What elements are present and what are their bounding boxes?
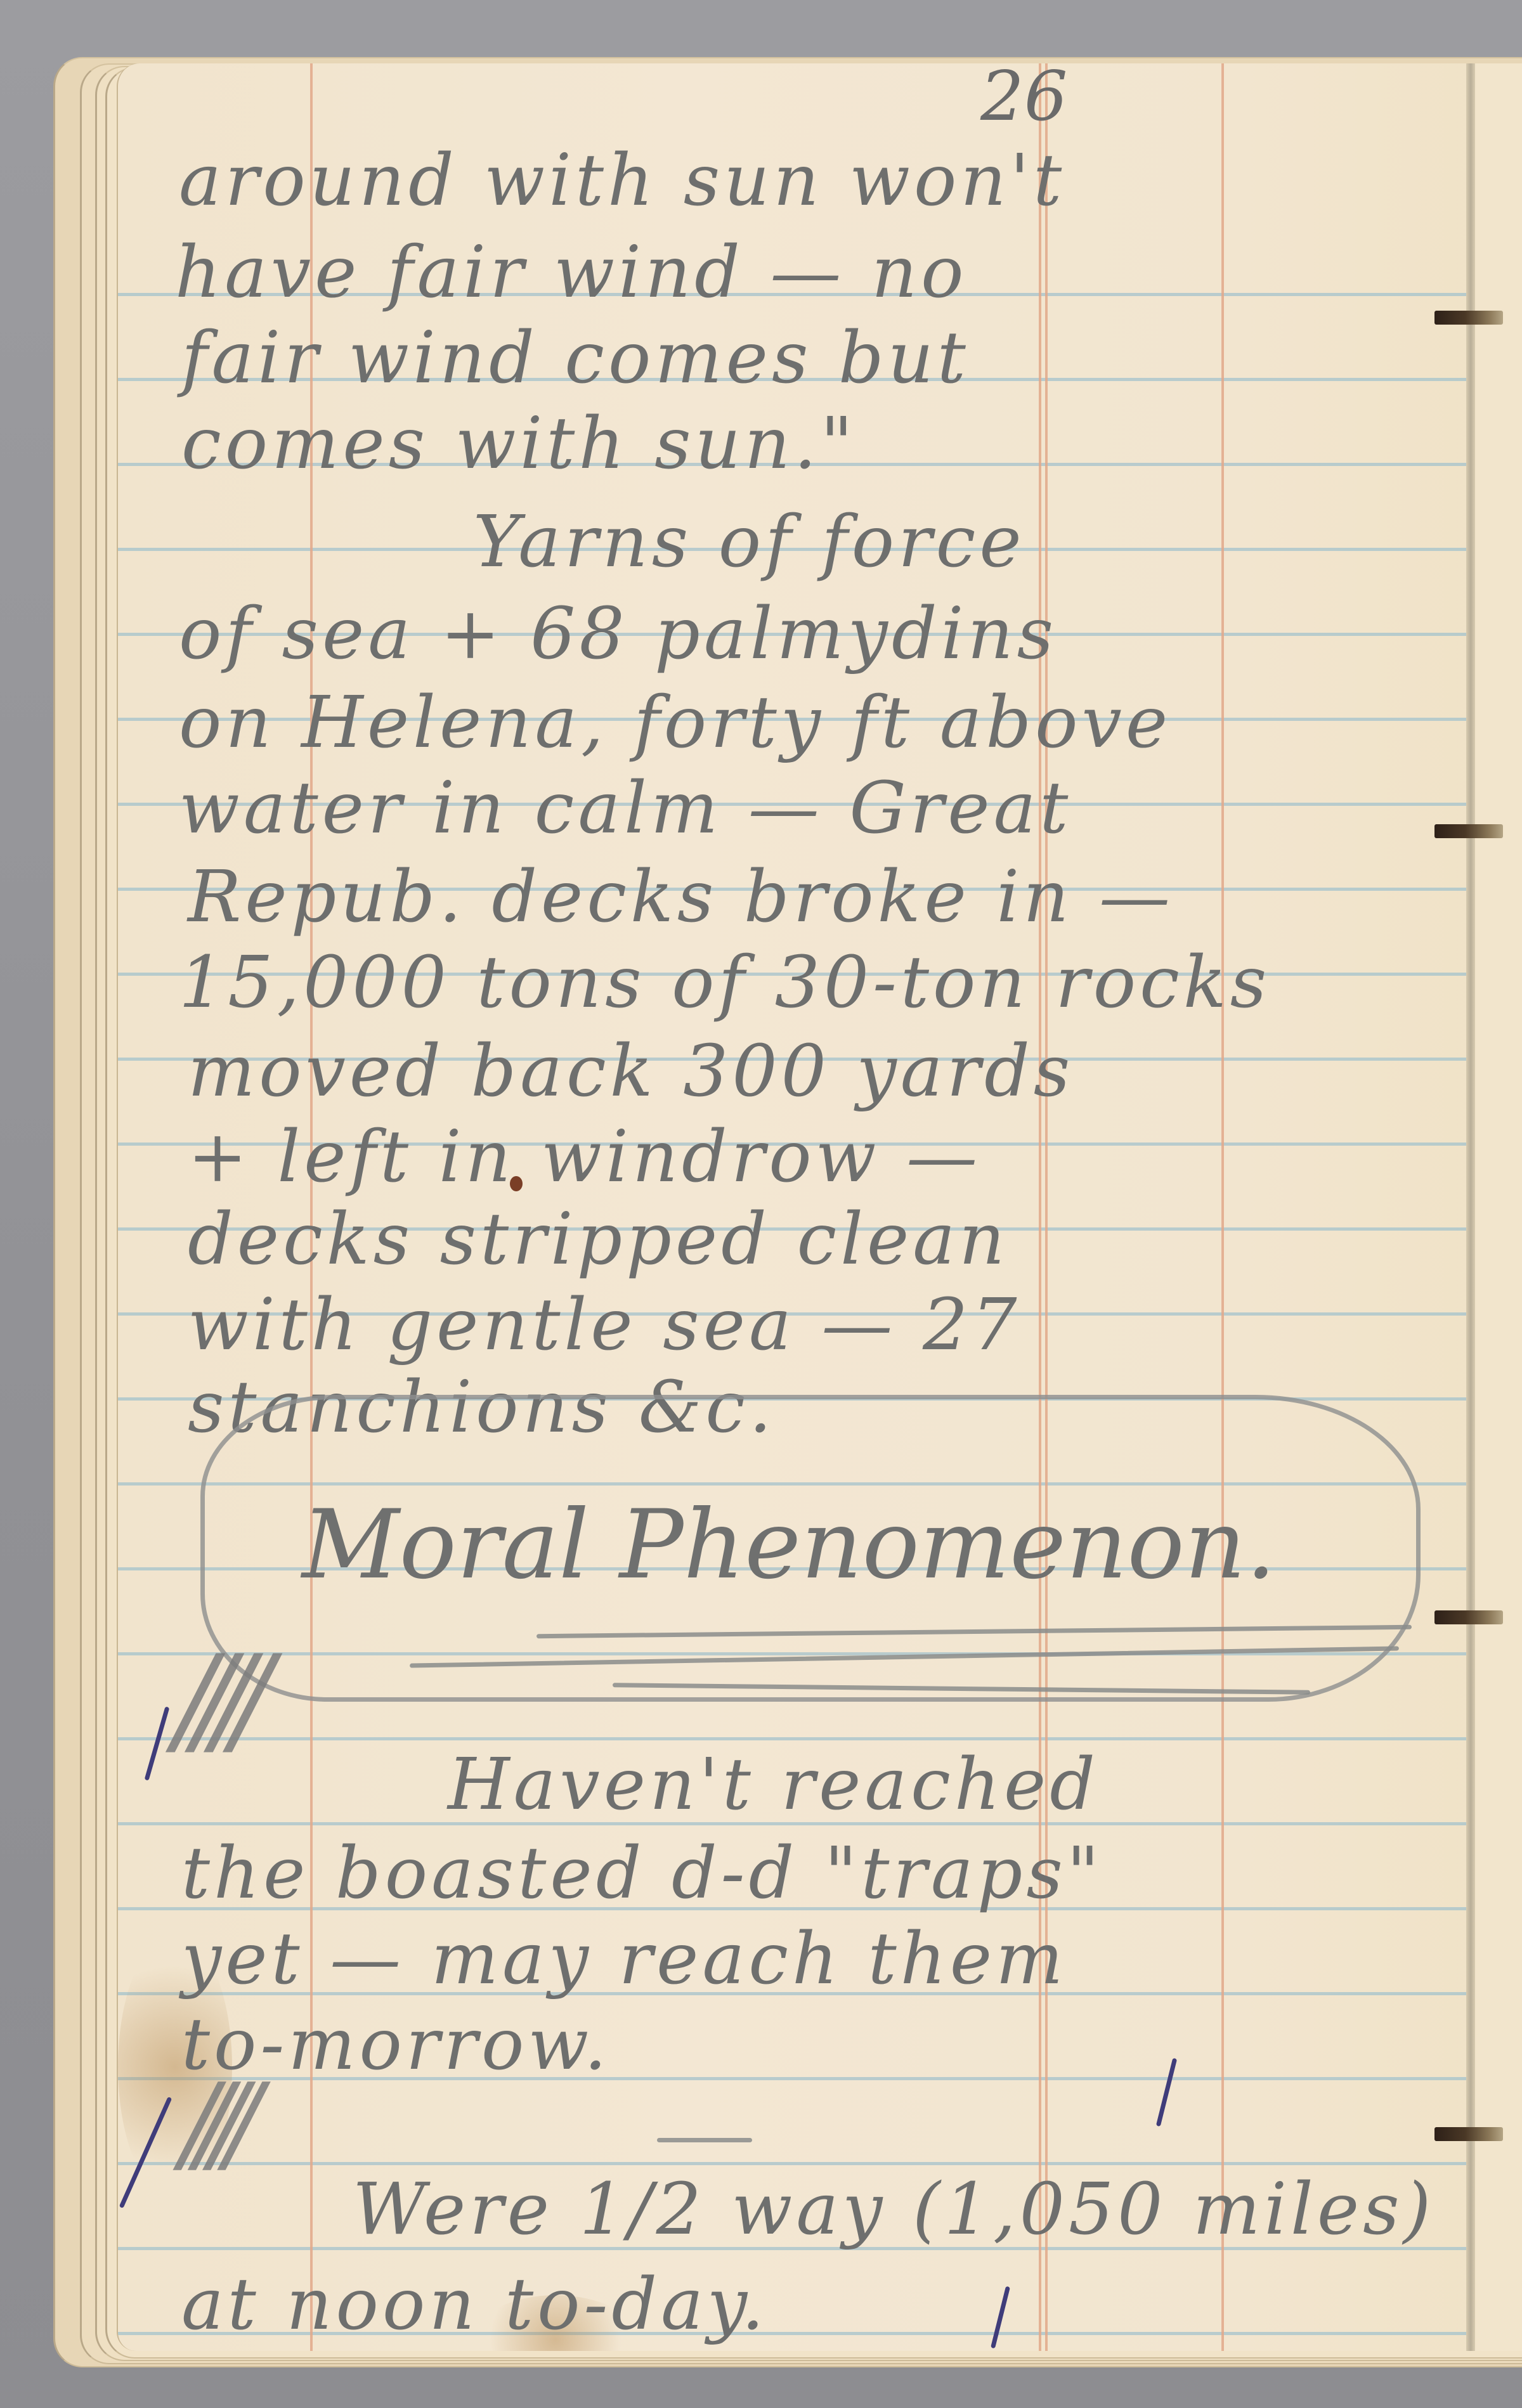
ruled-line [118, 1737, 1522, 1740]
handwritten-line: Yarns of force [473, 501, 1025, 583]
handwritten-line: Were 1/2 way (1,050 miles) [353, 2168, 1434, 2251]
handwritten-line: 15,000 tons of 30-ton rocks [179, 942, 1270, 1024]
crossed-out-scribble: //// [175, 1629, 251, 1770]
section-heading: Moral Phenomenon. [302, 1490, 1276, 1600]
staple-hole [1434, 311, 1503, 325]
handwritten-line: water in calm — Great [179, 767, 1072, 850]
column-line [1045, 63, 1048, 2351]
handwritten-line: at noon to-day. [181, 2263, 768, 2346]
ink-check-mark [145, 1706, 170, 1780]
handwritten-line: Haven't reached [448, 1744, 1099, 1826]
handwritten-line: decks stripped clean [188, 1198, 1008, 1281]
staple-hole [1434, 824, 1503, 838]
handwritten-line: fair wind comes but [181, 317, 970, 399]
handwritten-line: Repub. decks broke in — [188, 856, 1174, 938]
handwritten-line: the boasted d-d "traps" [181, 1832, 1103, 1915]
column-line [1039, 63, 1041, 2351]
ruled-line [118, 2162, 1522, 2165]
handwritten-line: have fair wind — no [175, 231, 968, 314]
handwritten-line: to-morrow. [181, 2003, 611, 2086]
handwritten-line: comes with sun." [181, 403, 857, 485]
page-number: 26 [980, 63, 1067, 136]
handwritten-line: yet — may reach them [181, 1918, 1067, 2000]
staple-hole [1434, 1610, 1503, 1624]
handwritten-line: moved back 300 yards [188, 1030, 1074, 1113]
handwritten-line: + left in windrow — [188, 1116, 981, 1198]
notebook-page: 26 around with sun won't have fair wind … [117, 63, 1522, 2351]
crossed-out-scribble: //// [181, 2061, 240, 2186]
binding-gutter [1466, 63, 1475, 2351]
ink-check-mark [991, 2286, 1010, 2349]
handwritten-line: around with sun won't [179, 139, 1065, 222]
facing-page-edge [1475, 63, 1522, 2351]
handwritten-line: on Helena, forty ft above [179, 682, 1171, 764]
column-line [1221, 63, 1224, 2351]
handwritten-line: with gentle sea — 27 [188, 1284, 1021, 1366]
separator-dash [657, 2138, 752, 2142]
staple-hole [1434, 2127, 1503, 2141]
ink-check-mark [1156, 2058, 1177, 2126]
handwritten-line: of sea + 68 palmydins [179, 593, 1057, 675]
